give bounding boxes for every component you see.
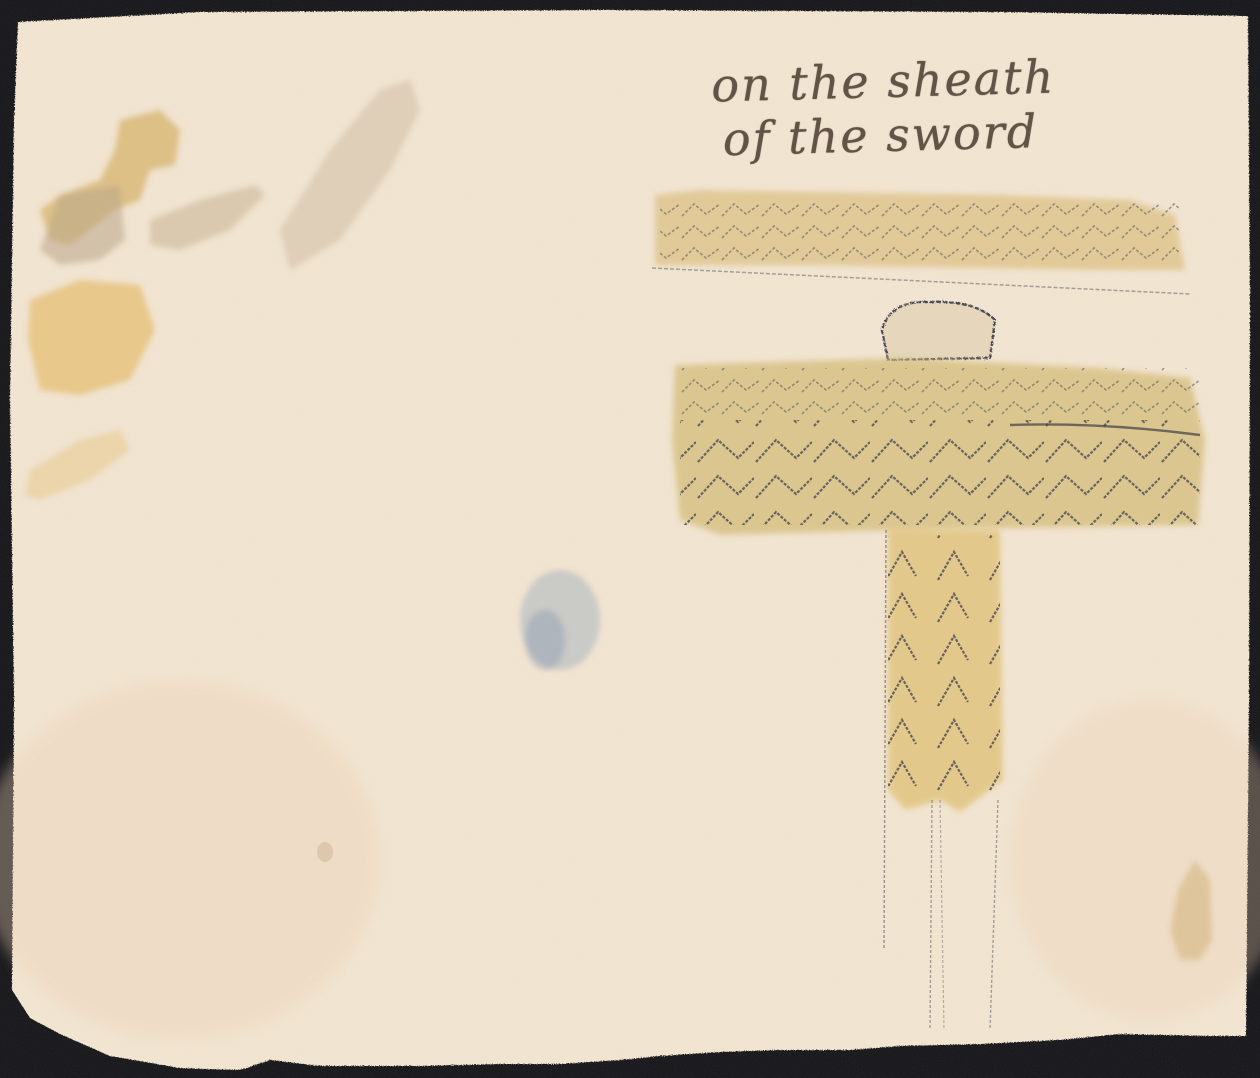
blue-smudge: [520, 570, 600, 670]
sketch-canvas: [0, 0, 1260, 1078]
sheath-crossguard: [672, 358, 1205, 535]
handwritten-annotation: on the sheath of the sword: [711, 45, 1214, 166]
artwork-scan: [0, 0, 1260, 1078]
annotation-line-1: on the sheath: [711, 50, 1056, 113]
hilt-knob: [882, 302, 995, 360]
